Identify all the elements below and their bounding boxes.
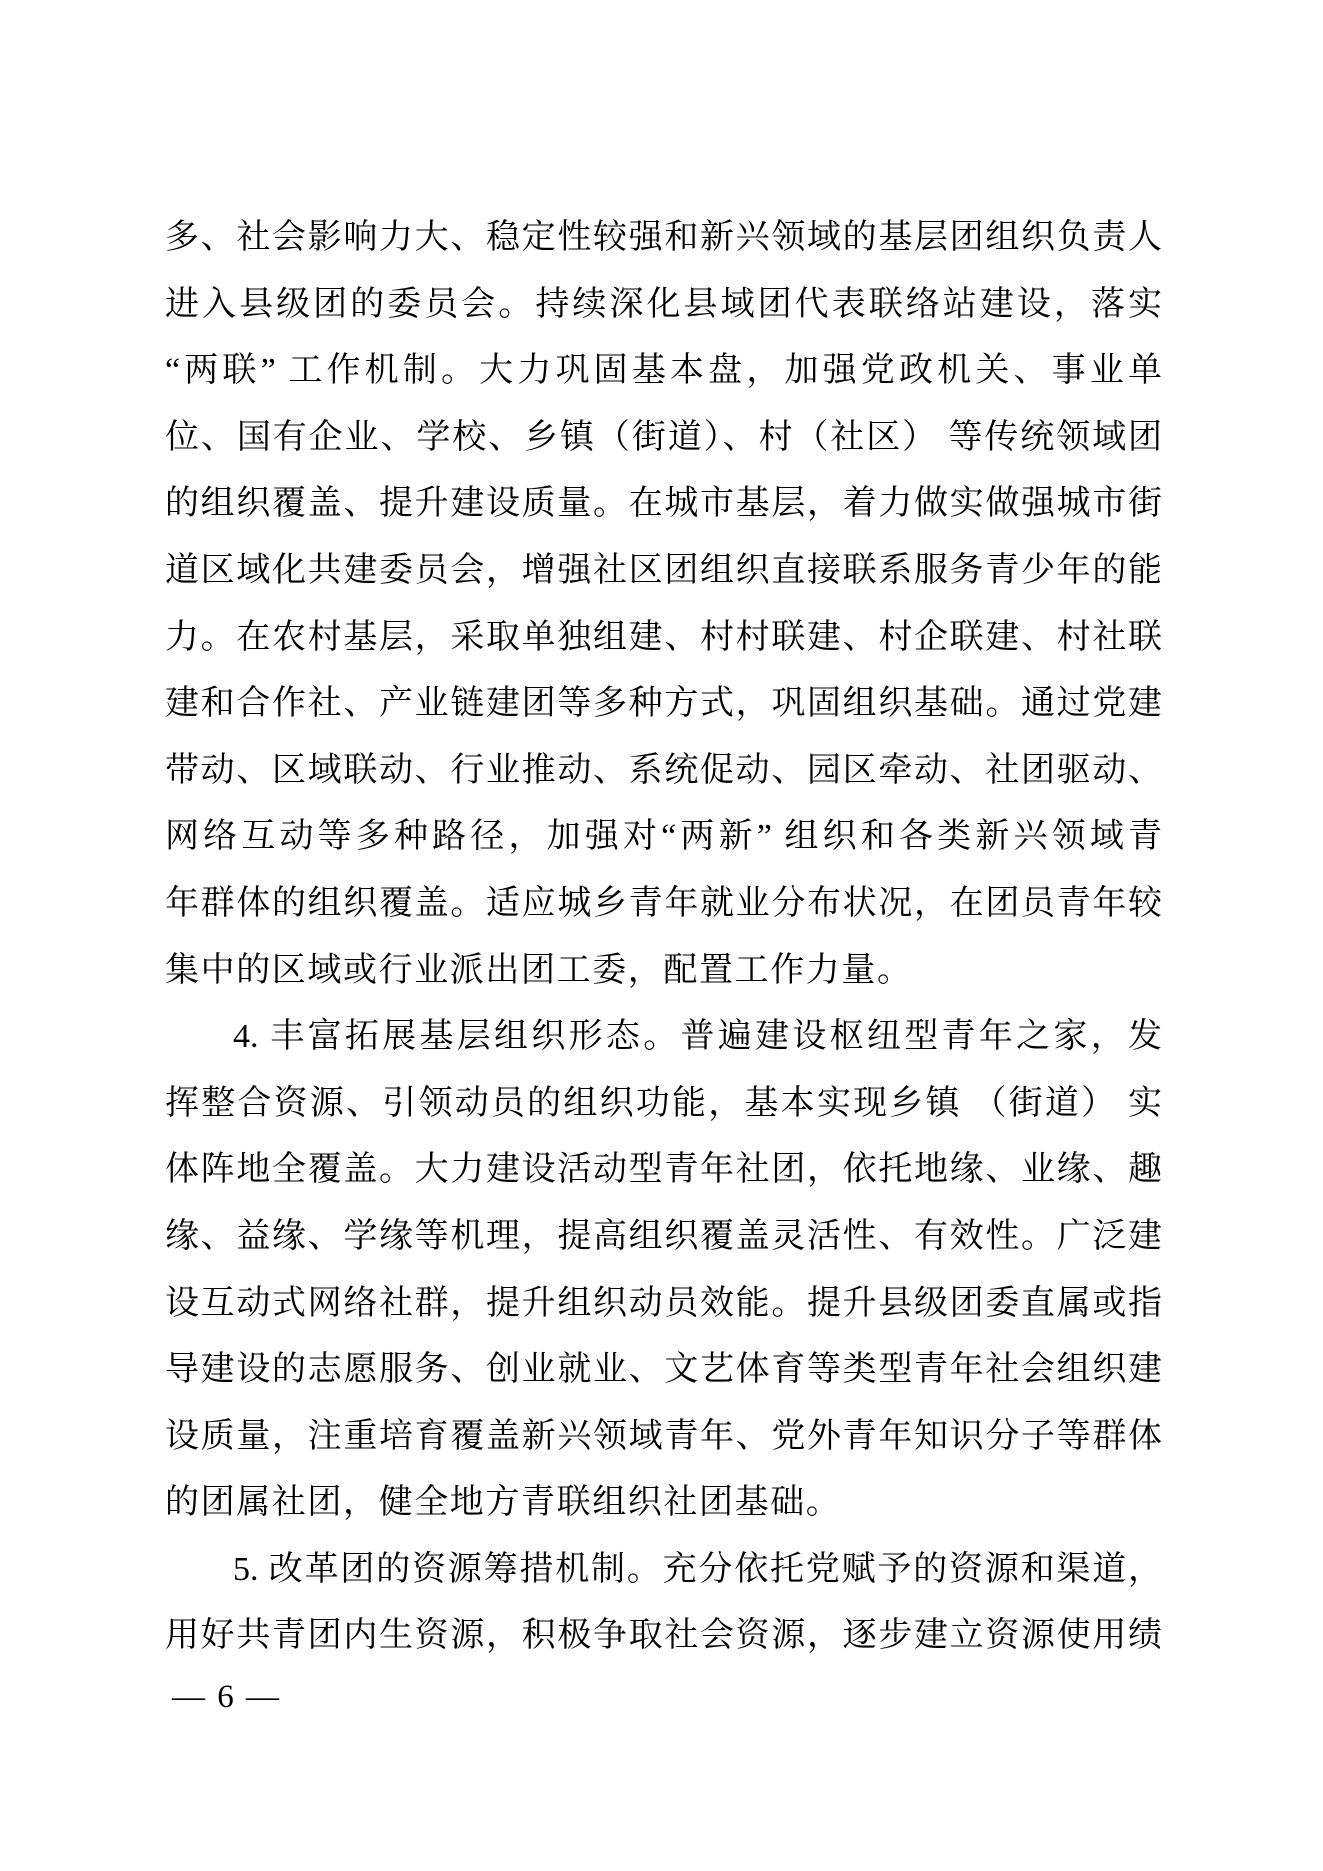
text-line: 设质量，注重培育覆盖新兴领域青年、党外青年知识分子等群体 (165, 1404, 1162, 1471)
document-page: 多、社会影响力大、稳定性较强和新兴领域的基层团组织负责人 进入县级团的委员会。持… (0, 0, 1323, 1871)
text-line: 设互动式网络社群，提升组织动员效能。提升县级团委直属或指 (165, 1271, 1162, 1338)
text-line: “两联” 工作机制。大力巩固基本盘，加强党政机关、事业单 (165, 338, 1162, 405)
text-line: 进入县级团的委员会。持续深化县域团代表联络站建设，落实 (165, 272, 1162, 339)
text-line: 道区域化共建委员会，增强社区团组织直接联系服务青少年的能 (165, 538, 1162, 605)
text-line: 挥整合资源、引领动员的组织功能，基本实现乡镇 （街道） 实 (165, 1071, 1162, 1138)
text-line: 年群体的组织覆盖。适应城乡青年就业分布状况，在团员青年较 (165, 871, 1162, 938)
text-line-item-5-start: 5. 改革团的资源筹措机制。充分依托党赋予的资源和渠道， (165, 1537, 1162, 1604)
text-line-paragraph-end: 集中的区域或行业派出团工委，配置工作力量。 (165, 938, 1162, 1005)
text-line: 体阵地全覆盖。大力建设活动型青年社团，依托地缘、业缘、趣 (165, 1137, 1162, 1204)
text-line: 带动、区域联动、行业推动、系统促动、园区牵动、社团驱动、 (165, 738, 1162, 805)
text-line: 力。在农村基层，采取单独组建、村村联建、村企联建、村社联 (165, 605, 1162, 672)
body-text: 多、社会影响力大、稳定性较强和新兴领域的基层团组织负责人 进入县级团的委员会。持… (165, 205, 1162, 1670)
text-line: 位、国有企业、学校、乡镇（街道）、村（社区） 等传统领域团 (165, 405, 1162, 472)
text-line: 导建设的志愿服务、创业就业、文艺体育等类型青年社会组织建 (165, 1337, 1162, 1404)
text-line: 缘、益缘、学缘等机理，提高组织覆盖灵活性、有效性。广泛建 (165, 1204, 1162, 1271)
text-line: 的组织覆盖、提升建设质量。在城市基层，着力做实做强城市街 (165, 471, 1162, 538)
text-line-item-4-start: 4. 丰富拓展基层组织形态。普遍建设枢纽型青年之家，发 (165, 1004, 1162, 1071)
text-line: 建和合作社、产业链建团等多种方式，巩固组织基础。通过党建 (165, 671, 1162, 738)
text-line: 多、社会影响力大、稳定性较强和新兴领域的基层团组织负责人 (165, 205, 1162, 272)
text-line: 网络互动等多种路径，加强对“两新” 组织和各类新兴领域青 (165, 804, 1162, 871)
page-number: — 6 — (172, 1672, 281, 1722)
text-line-paragraph-end: 的团属社团，健全地方青联组织社团基础。 (165, 1470, 1162, 1537)
text-line: 用好共青团内生资源，积极争取社会资源，逐步建立资源使用绩 (165, 1603, 1162, 1670)
